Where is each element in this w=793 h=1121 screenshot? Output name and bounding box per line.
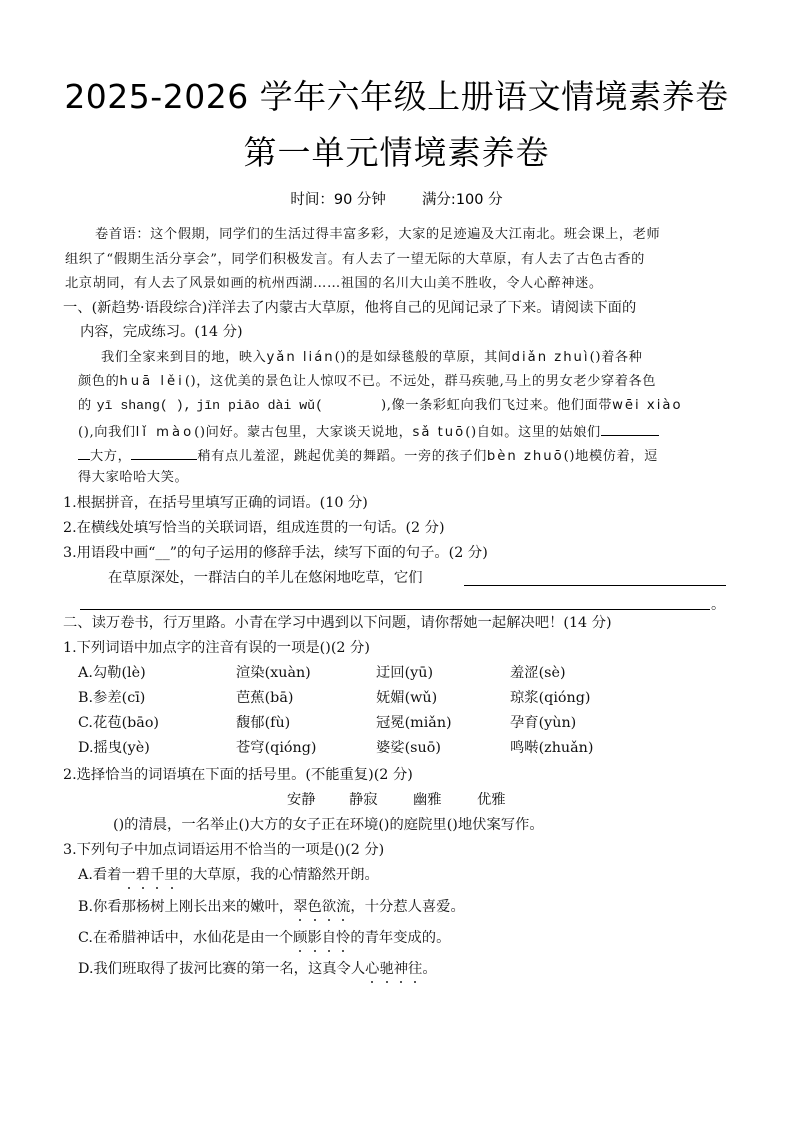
q2-1-option-d[interactable]: D.摇曳(yè)苍穹(qióng)婆娑(suō)鸣啭(zhuǎn) — [78, 738, 593, 758]
dotted-phrase: 翠色欲流 — [293, 899, 350, 915]
answer-paren[interactable]: (),向我们 — [78, 425, 136, 440]
q2-3-stem: 3.下列句子中加点词语运用不恰当的一项是()(2 分) — [63, 840, 384, 860]
continuation-answer-line-1[interactable] — [464, 585, 726, 586]
word-option: 静寂 — [349, 790, 413, 810]
continuation-answer-line-2[interactable] — [80, 609, 710, 610]
conjunction-blank-1-cont[interactable] — [78, 444, 90, 460]
preface-line-3: 北京胡同，有人去了风景如画的杭州西湖……祖国的名川大山美不胜收，令人心醉神迷。 — [65, 274, 603, 294]
emphasis-dot-char: 碧 — [136, 865, 150, 885]
passage-line-2: 颜色的huā lěi()，这优美的景色让人惊叹不已。不远处，群马疾驰,马上的男女… — [78, 372, 656, 392]
dotted-phrase: 顾影自怜 — [293, 930, 350, 946]
emphasis-dot-char: 色 — [308, 897, 322, 917]
time-limit: 时间：90 分钟 — [290, 190, 386, 210]
q2-1-option-a[interactable]: A.勾勒(lè)渲染(xuàn)迂回(yū)羞涩(sè) — [78, 663, 566, 683]
pinyin-yishang[interactable]: yī shang( ), — [97, 398, 192, 413]
answer-paren[interactable]: ()的是如绿毯般的草原，其间 — [335, 350, 512, 365]
q2-3-option-a[interactable]: A.看着一碧千里的大草原，我的心情豁然开朗。 — [78, 865, 379, 885]
passage-line-1: 我们全家来到目的地，映入yǎn lián()的是如绿毯般的草原，其间diǎn z… — [101, 348, 642, 368]
preface-line-2: 组织了“假期生活分享会”，同学们积极发言。有人去了一望无际的大草原，有人去了古色… — [65, 250, 645, 270]
unit-title: 第一单元情境素养卷 — [0, 130, 793, 176]
q2-3-option-b[interactable]: B.你看那杨树上刚长出来的嫩叶，翠色欲流，十分惹人喜爱。 — [78, 897, 465, 917]
answer-paren[interactable]: ()问好。蒙古包里，大家谈天说地， — [194, 425, 412, 440]
section2-heading: 二、读万卷书，行万里路。小青在学习中遇到以下问题，请你帮她一起解决吧！(14 分… — [63, 613, 612, 633]
passage-line-5: 大方，稍有点儿羞涩，跳起优美的舞蹈。一旁的孩子们bèn zhuō()地模仿着，逗 — [78, 444, 658, 467]
q2-2-sentence: ()的清晨，一名举止()大方的女子正在环境()的庭院里()地伏案写作。 — [113, 815, 544, 835]
pinyin-benzhuo: bèn zhuō — [487, 449, 564, 464]
q2-3-option-c[interactable]: C.在希腊神话中，水仙花是由一个顾影自怜的青年变成的。 — [78, 928, 450, 948]
dotted-phrase: 一碧千里 — [121, 867, 178, 883]
pinyin-jinpiaodaiwu[interactable]: jīn piāo dài wǔ( — [196, 398, 323, 413]
continuation-end: 。 — [711, 595, 725, 615]
conjunction-blank-1[interactable] — [601, 420, 659, 436]
conjunction-blank-2[interactable] — [131, 444, 197, 460]
q2-1-stem: 1.下列词语中加点字的注音有误的一项是()(2 分) — [63, 638, 370, 658]
emphasis-dot-char: 往 — [408, 959, 422, 979]
emphasis-dot-char: 驰 — [379, 959, 393, 979]
emphasis-dot-char: 怜 — [336, 928, 350, 948]
passage-line-6: 得大家哈哈大笑。 — [78, 468, 188, 488]
passage-line-4: (),向我们lǐ mào()问好。蒙古包里，大家谈天说地，sǎ tuō()自如。… — [78, 420, 659, 443]
dotted-phrase: 心驰神往 — [365, 961, 422, 977]
answer-paren[interactable]: ()地模仿着，逗 — [564, 449, 658, 464]
passage-line-3: 的 yī shang( ), jīn piāo dài wǔ(),像一条彩虹向我… — [78, 396, 683, 416]
full-score: 满分:100 分 — [422, 190, 503, 210]
q2-1-option-b[interactable]: B.参差(cī)芭蕉(bā)妩媚(wǔ)琼浆(qióng) — [78, 688, 590, 708]
question-1-3: 3.用语段中画“__”的句子运用的修辞手法，续写下面的句子。(2 分) — [63, 543, 488, 563]
emphasis-dot-char: 一 — [121, 865, 135, 885]
word-option: 安静 — [287, 790, 349, 810]
q2-2-stem: 2.选择恰当的词语填在下面的括号里。(不能重复)(2 分) — [63, 765, 413, 785]
exam-meta: 时间：90 分钟满分:100 分 — [0, 190, 793, 210]
section1-heading: 一、(新趋势·语段综合)洋洋去了内蒙古大草原，他将自己的见闻记录了下来。请阅读下… — [63, 298, 636, 318]
answer-paren[interactable]: ()，这优美的景色让人惊叹不已。不远处，群马疾驰,马上的男女老少穿着各色 — [185, 374, 656, 389]
emphasis-dot-char: 里 — [164, 865, 178, 885]
word-option: 优雅 — [477, 790, 506, 810]
pinyin-satuo: sǎ tuō — [412, 425, 465, 440]
emphasis-dot-char: 欲 — [322, 897, 336, 917]
word-option: 幽雅 — [413, 790, 477, 810]
emphasis-dot-char: 翠 — [293, 897, 307, 917]
emphasis-dot-char: 流 — [336, 897, 350, 917]
question-1-1: 1.根据拼音，在括号里填写正确的词语。(10 分) — [63, 493, 368, 513]
pinyin-hualei: huā lěi — [119, 374, 184, 389]
question-1-2: 2.在横线处填写恰当的关联词语，组成连贯的一句话。(2 分) — [63, 518, 445, 538]
pinyin-limao: lǐ mào — [136, 425, 195, 440]
q2-3-option-d[interactable]: D.我们班取得了拔河比赛的第一名，这真令人心驰神往。 — [78, 959, 437, 979]
section1-heading-cont: 内容，完成练习。(14 分) — [80, 322, 243, 342]
pinyin-yanlian: yǎn lián — [266, 350, 334, 365]
exam-title: 2025-2026 学年六年级上册语文情境素养卷 — [0, 74, 793, 120]
continuation-prompt: 在草原深处，一群洁白的羊儿在悠闲地吃草，它们 — [108, 568, 423, 588]
emphasis-dot-char: 自 — [322, 928, 336, 948]
pinyin-dianzhui: diǎn zhuì — [512, 350, 590, 365]
q2-2-word-bank: 安静静寂幽雅优雅 — [287, 790, 506, 810]
emphasis-dot-char: 心 — [365, 959, 379, 979]
preface-line-1: 卷首语：这个假期，同学们的生活过得丰富多彩，大家的足迹遍及大江南北。班会课上，老… — [95, 225, 660, 245]
emphasis-dot-char: 顾 — [293, 928, 307, 948]
emphasis-dot-char: 影 — [307, 928, 321, 948]
pinyin-weixiao: wēi xiào — [612, 398, 682, 413]
emphasis-dot-char: 神 — [394, 959, 408, 979]
q2-1-option-c[interactable]: C.花苞(bāo)馥郁(fù)冠冕(miǎn)孕育(yùn) — [78, 713, 576, 733]
emphasis-dot-char: 千 — [150, 865, 164, 885]
answer-paren[interactable]: ()着各种 — [590, 350, 643, 365]
